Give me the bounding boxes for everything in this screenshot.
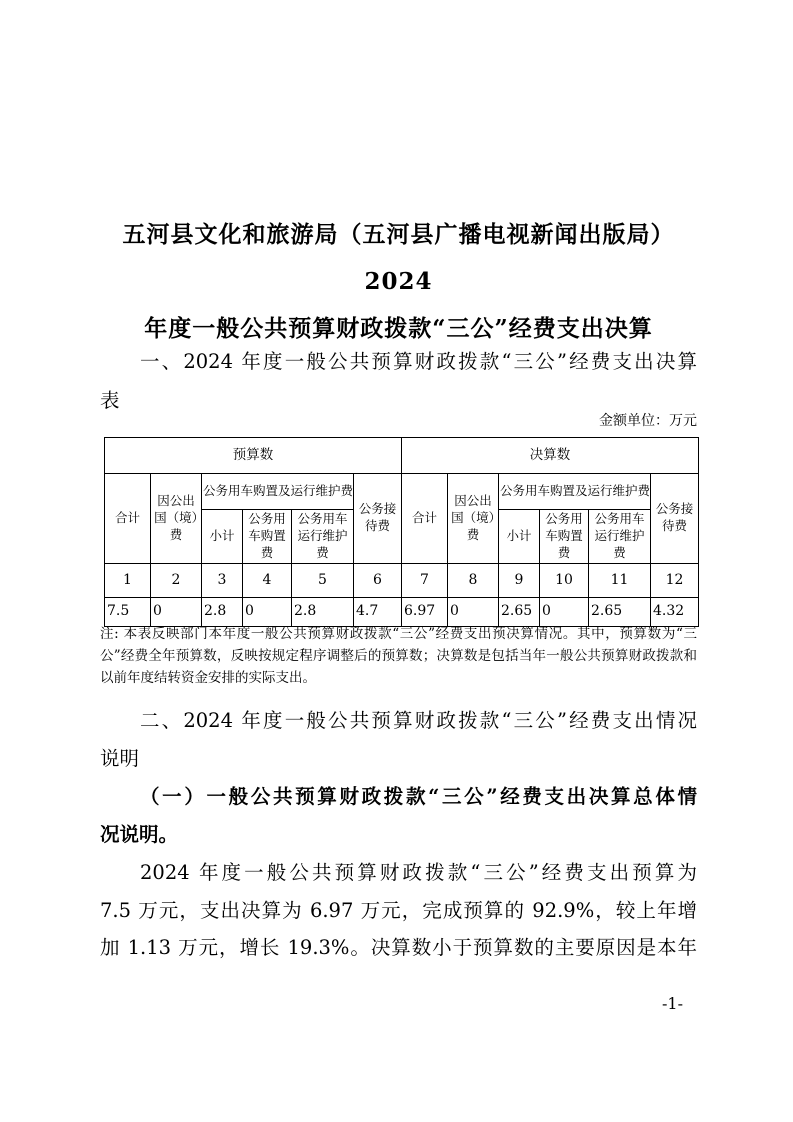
column-number-10: 10 [540, 563, 589, 597]
body-paragraph: 2024 年度一般公共预算财政拨款“三公”经费支出预算为 7.5 万元，支出决算… [100, 854, 697, 967]
value-budget-total: 7.5 [105, 597, 151, 626]
document-title: 五河县文化和旅游局（五河县广播电视新闻出版局）2024 年度一般公共预算财政拨款… [100, 211, 697, 352]
value-budget-vehicle-purchase: 0 [243, 597, 292, 626]
column-number-2: 2 [151, 563, 202, 597]
column-number-7: 7 [402, 563, 448, 597]
column-number-12: 12 [651, 563, 699, 597]
subsection-1-heading-line-1: （一）一般公共预算财政拨款“三公”经费支出决算总体情 [100, 778, 697, 816]
header-final-vehicle-maintenance: 公务用车运行维护费 [589, 510, 651, 564]
column-number-11: 11 [589, 563, 651, 597]
header-final-vehicle-subtotal: 小计 [499, 510, 540, 564]
section-1-heading: 一、2024 年度一般公共预算财政拨款“三公”经费支出决算 表 [100, 342, 697, 420]
subsection-1-heading-line-2: 况说明。 [100, 816, 697, 854]
column-number-5: 5 [292, 563, 354, 597]
table-group-header-row: 预算数 决算数 [105, 438, 699, 474]
table-column-number-row: 1 2 3 4 5 6 7 8 9 10 11 12 [105, 563, 699, 597]
table-note-line-1: 注: 本表反映部门本年度一般公共预算财政拨款“三公”经费支出预决算情况。其中，预… [100, 623, 697, 645]
value-final-abroad: 0 [448, 597, 499, 626]
table-header-row-top: 合计 因公出国（境）费 公务用车购置及运行维护费 公务接待费 合计 因公出国（境… [105, 474, 699, 510]
column-number-3: 3 [202, 563, 243, 597]
table-note-line-3: 以前年度结转资金安排的实际支出。 [100, 667, 697, 689]
body-paragraph-line-3: 加 1.13 万元，增长 19.3%。决算数小于预算数的主要原因是本年 [100, 929, 697, 967]
page-number: -1- [662, 993, 683, 1015]
subsection-1-heading: （一）一般公共预算财政拨款“三公”经费支出决算总体情 况说明。 [100, 778, 697, 854]
value-budget-vehicle-maintenance: 2.8 [292, 597, 354, 626]
column-number-6: 6 [354, 563, 402, 597]
header-budget-abroad: 因公出国（境）费 [151, 474, 202, 564]
group-header-budget: 预算数 [105, 438, 402, 474]
value-final-vehicle-maintenance: 2.65 [589, 597, 651, 626]
header-budget-reception: 公务接待费 [354, 474, 402, 564]
three-public-expense-table: 预算数 决算数 合计 因公出国（境）费 公务用车购置及运行维护费 公务接待费 合… [104, 437, 699, 627]
column-number-1: 1 [105, 563, 151, 597]
section-2-heading-line-2: 说明 [100, 740, 697, 778]
value-final-vehicle-subtotal: 2.65 [499, 597, 540, 626]
header-budget-vehicle-maintenance: 公务用车运行维护费 [292, 510, 354, 564]
value-budget-vehicle-subtotal: 2.8 [202, 597, 243, 626]
header-final-vehicle-group: 公务用车购置及运行维护费 [499, 474, 651, 510]
header-budget-total: 合计 [105, 474, 151, 564]
header-budget-vehicle-group: 公务用车购置及运行维护费 [202, 474, 354, 510]
header-final-reception: 公务接待费 [651, 474, 699, 564]
value-final-reception: 4.32 [651, 597, 699, 626]
value-budget-reception: 4.7 [354, 597, 402, 626]
header-final-vehicle-purchase: 公务用车购置费 [540, 510, 589, 564]
section-1-heading-line-1: 一、2024 年度一般公共预算财政拨款“三公”经费支出决算 [100, 342, 697, 381]
group-header-final: 决算数 [402, 438, 699, 474]
body-paragraph-line-1: 2024 年度一般公共预算财政拨款“三公”经费支出预算为 [100, 854, 697, 892]
value-final-total: 6.97 [402, 597, 448, 626]
value-budget-abroad: 0 [151, 597, 202, 626]
table-note: 注: 本表反映部门本年度一般公共预算财政拨款“三公”经费支出预决算情况。其中，预… [100, 623, 697, 689]
document-title-line-1: 五河县文化和旅游局（五河县广播电视新闻出版局）2024 [100, 211, 697, 305]
document-page: 五河县文化和旅游局（五河县广播电视新闻出版局）2024 年度一般公共预算财政拨款… [0, 0, 793, 1122]
header-final-abroad: 因公出国（境）费 [448, 474, 499, 564]
section-2-heading-line-1: 二、2024 年度一般公共预算财政拨款“三公”经费支出情况 [100, 702, 697, 740]
column-number-4: 4 [243, 563, 292, 597]
table-note-line-2: 公”经费全年预算数，反映按规定程序调整后的预算数；决算数是包括当年一般公共预算财… [100, 645, 697, 667]
body-paragraph-line-2: 7.5 万元，支出决算为 6.97 万元，完成预算的 92.9%，较上年增 [100, 892, 697, 930]
header-budget-vehicle-subtotal: 小计 [202, 510, 243, 564]
header-budget-vehicle-purchase: 公务用车购置费 [243, 510, 292, 564]
value-final-vehicle-purchase: 0 [540, 597, 589, 626]
section-2-heading: 二、2024 年度一般公共预算财政拨款“三公”经费支出情况 说明 [100, 702, 697, 777]
header-final-total: 合计 [402, 474, 448, 564]
amount-unit-note: 金额单位：万元 [599, 411, 697, 431]
column-number-9: 9 [499, 563, 540, 597]
column-number-8: 8 [448, 563, 499, 597]
table-value-row: 7.5 0 2.8 0 2.8 4.7 6.97 0 2.65 0 2.65 4… [105, 597, 699, 626]
